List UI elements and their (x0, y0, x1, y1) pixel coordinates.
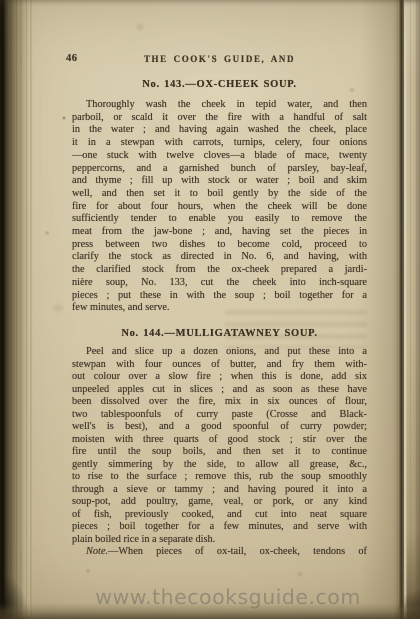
text-line: peppercorns, and a garnished bunch of pa… (72, 163, 367, 176)
text-line: two tablespoonfuls of curry paste (Cross… (72, 409, 367, 422)
text-line: gently simmering by the side, to allow a… (72, 459, 367, 472)
text-line: stewpan with four ounces of butter, and … (72, 359, 367, 372)
text-line: well's is best), and a good spoonful of … (72, 421, 367, 434)
note-text: —When pieces of ox-tail, ox-cheek, tendo… (108, 546, 367, 557)
text-line: pieces ; put these in with the soup ; bo… (72, 290, 367, 303)
note-line: Note.—When pieces of ox-tail, ox-cheek, … (72, 546, 367, 559)
text-line: and thyme ; fill up with stock or water … (72, 175, 367, 188)
text-line: fire for about four hours, when the chee… (72, 201, 367, 214)
text-line: meat from the jaw-bone ; and, having set… (72, 226, 367, 239)
binding-left-edge (0, 0, 36, 619)
recipe-heading-144: No. 144.—MULLIGATAWNEY SOUP. (72, 328, 367, 339)
text-line: it in a stewpan with carrots, turnips, c… (72, 137, 367, 150)
text-line: the clarified stock from the ox-cheek pr… (72, 264, 367, 277)
text-line: pieces ; boil together for a few minutes… (72, 521, 367, 534)
text-line: unpeeled apples cut in slices ; and as s… (72, 384, 367, 397)
recipe-body-143: Thoroughly wash the cheek in tepid water… (72, 99, 367, 315)
text-line: sufficiently tender to enable you easily… (72, 213, 367, 226)
adjacent-page-sliver (404, 0, 420, 619)
page-edge-line (397, 0, 404, 619)
text-line: to rise to the surface ; remove this, ru… (72, 471, 367, 484)
text-line: well, and then set it to boil gently by … (72, 188, 367, 201)
text-line: moisten with three quarts of good stock … (72, 434, 367, 447)
text-line: Peel and slice up a dozen onions, and pu… (72, 346, 367, 359)
running-header: THE COOK'S GUIDE, AND (72, 54, 367, 64)
text-line: Thoroughly wash the cheek in tepid water… (72, 99, 367, 112)
scanned-book-page: 46 THE COOK'S GUIDE, AND No. 143.—OX-CHE… (0, 0, 420, 619)
text-line: in the water ; and having again washed t… (72, 124, 367, 137)
text-line: of fish, previously cooked, and cut into… (72, 509, 367, 522)
text-line: parboil, or scald it over the fire with … (72, 112, 367, 125)
text-line: plain boiled rice in a separate dish. (72, 534, 367, 547)
text-line: been dissolved over the fire, mix in six… (72, 396, 367, 409)
text-line: through a sieve or tammy ; and having po… (72, 484, 367, 497)
text-line: nière soup, No. 133, cut the cheek into … (72, 277, 367, 290)
text-line: soup-pot, add poultry, game, veal, or po… (72, 496, 367, 509)
recipe-body-144: Peel and slice up a dozen onions, and pu… (72, 346, 367, 546)
note-label: Note. (86, 546, 108, 557)
recipe-heading-143: No. 143.—OX-CHEEK SOUP. (72, 79, 367, 90)
text-line: —one stuck with twelve cloves—a blade of… (72, 150, 367, 163)
text-line: fire until the soup boils, and then set … (72, 446, 367, 459)
text-line: clarify the stock as directed in No. 6, … (72, 251, 367, 264)
text-line: out colour over a slow fire ; when this … (72, 371, 367, 384)
text-line: press between two dishes to become cold,… (72, 239, 367, 252)
watermark: www.thecooksguide.com (95, 585, 361, 609)
text-line: few minutes, and serve. (72, 302, 367, 315)
